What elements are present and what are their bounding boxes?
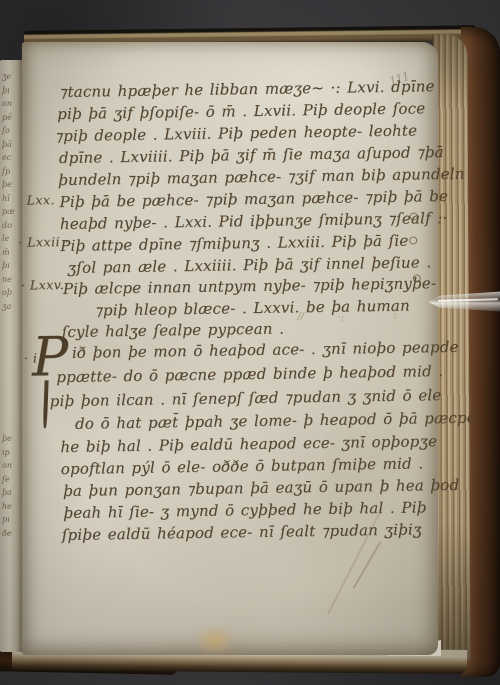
manuscript-text-line: piþ þon ilcan . nī ſenepſ ſæd ⁊pudan ʒ ʒ… [50, 387, 442, 410]
initial-descender [43, 380, 48, 428]
manuscript-text-line: þa þun ponʒan ⁊bupan þā eaʒū ō upan þ he… [63, 477, 459, 500]
manuscript-text-line: heaþd nyþe- . Lxxi. Pid iþþunʒe ſmiþunʒ … [60, 210, 448, 233]
manuscript-text-line: Piþ þā be pæhce- ⁊piþ maʒan pæhce- ⁊piþ … [59, 188, 448, 211]
manuscript-text-line: ſcyle halʒe ſealpe pypcean . [61, 321, 284, 341]
manuscript-text-line: piþ þā ʒif þſopiſe- ō m̄ . Lxvii. Piþ de… [57, 100, 425, 122]
manuscript-text-line: Piþ attpe dpīne ⁊ſmiþunʒ . Lxxiii. Piþ þ… [60, 233, 408, 255]
faint-ink-mark: ·: [337, 314, 344, 324]
ink-ring-mark [410, 212, 418, 220]
faint-ink-mark: : [393, 311, 397, 321]
manuscript-text-line: ⁊piþ deople . Lxviii. Piþ peden heopte- … [55, 122, 417, 144]
manuscript-text-line: do ō hat pæt̄ þpah ʒe lome- þ heapod ō þ… [75, 410, 476, 433]
manuscript-text-line: ſpiþe ealdū héapod ece- nī ſealt ⁊pudan … [62, 521, 422, 543]
ink-ring-mark [409, 236, 417, 244]
manuscript-text-line: ppætte- do ō pæcne ppæd binde þ heaþod m… [56, 363, 443, 386]
margin-chapter-numeral: · i · [24, 352, 47, 365]
margin-chapter-numeral: Lxx. [26, 194, 55, 207]
ink-ring-mark [413, 274, 421, 282]
faint-ink-mark: // [297, 312, 304, 322]
manuscript-page: 111 P ⁊tacnu hpæþer he libban mæʒe~ ·: L… [22, 42, 438, 655]
clip-highlight [438, 298, 498, 302]
manuscript-text-line: ʒſol pan æle . Lxxiiii. Piþ þā ʒif innel… [67, 254, 431, 276]
previous-page-text-fragment: ʒe þı on pē ſo þā ec ſp þe hī pæ do le m… [2, 70, 18, 313]
manuscript-text-line: ið þon þe mon ō heaþod ace- . ʒnī nioþo … [72, 339, 459, 362]
margin-chapter-numeral: · Lxxii · [18, 236, 69, 249]
margin-chapter-numeral: · Lxxv. [21, 279, 65, 292]
manuscript-text-line: Piþ ælcpe innan untpym nyþe- ⁊piþ hepiʒn… [63, 275, 436, 297]
manuscript-text-line: þeah hī ſie- ʒ mynd ō cyþþed he biþ hal … [63, 499, 426, 521]
manuscript-text-line: opoftlan pýl ō ele- oððe ō butpan ſmiþe … [61, 455, 424, 477]
manuscript-text-line: he biþ hal . Piþ ealdū heapod ece- ʒnī o… [60, 433, 437, 455]
manuscript-photo: ʒe þı on pē ſo þā ec ſp þe hī pæ do le m… [0, 0, 500, 685]
manuscript-text-line: ⁊piþ hleop blæce- . Lxxvi. be þa human [95, 298, 410, 319]
text-layer: P ⁊tacnu hpæþer he libban mæʒe~ ·: Lxvi.… [21, 36, 447, 655]
manuscript-text-line: ⁊tacnu hpæþer he libban mæʒe~ ·: Lxvi. d… [60, 78, 435, 100]
manuscript-text-line: dpīne . Lxviiii. Piþ þā ʒif m̄ ſie maʒa … [59, 144, 444, 167]
manuscript-text-line: þundeln ⁊piþ maʒan pæhce- ⁊ʒif man biþ a… [58, 166, 476, 189]
previous-page-text-fragment: þe ıp on ſe þa he pı ðe [2, 432, 18, 540]
